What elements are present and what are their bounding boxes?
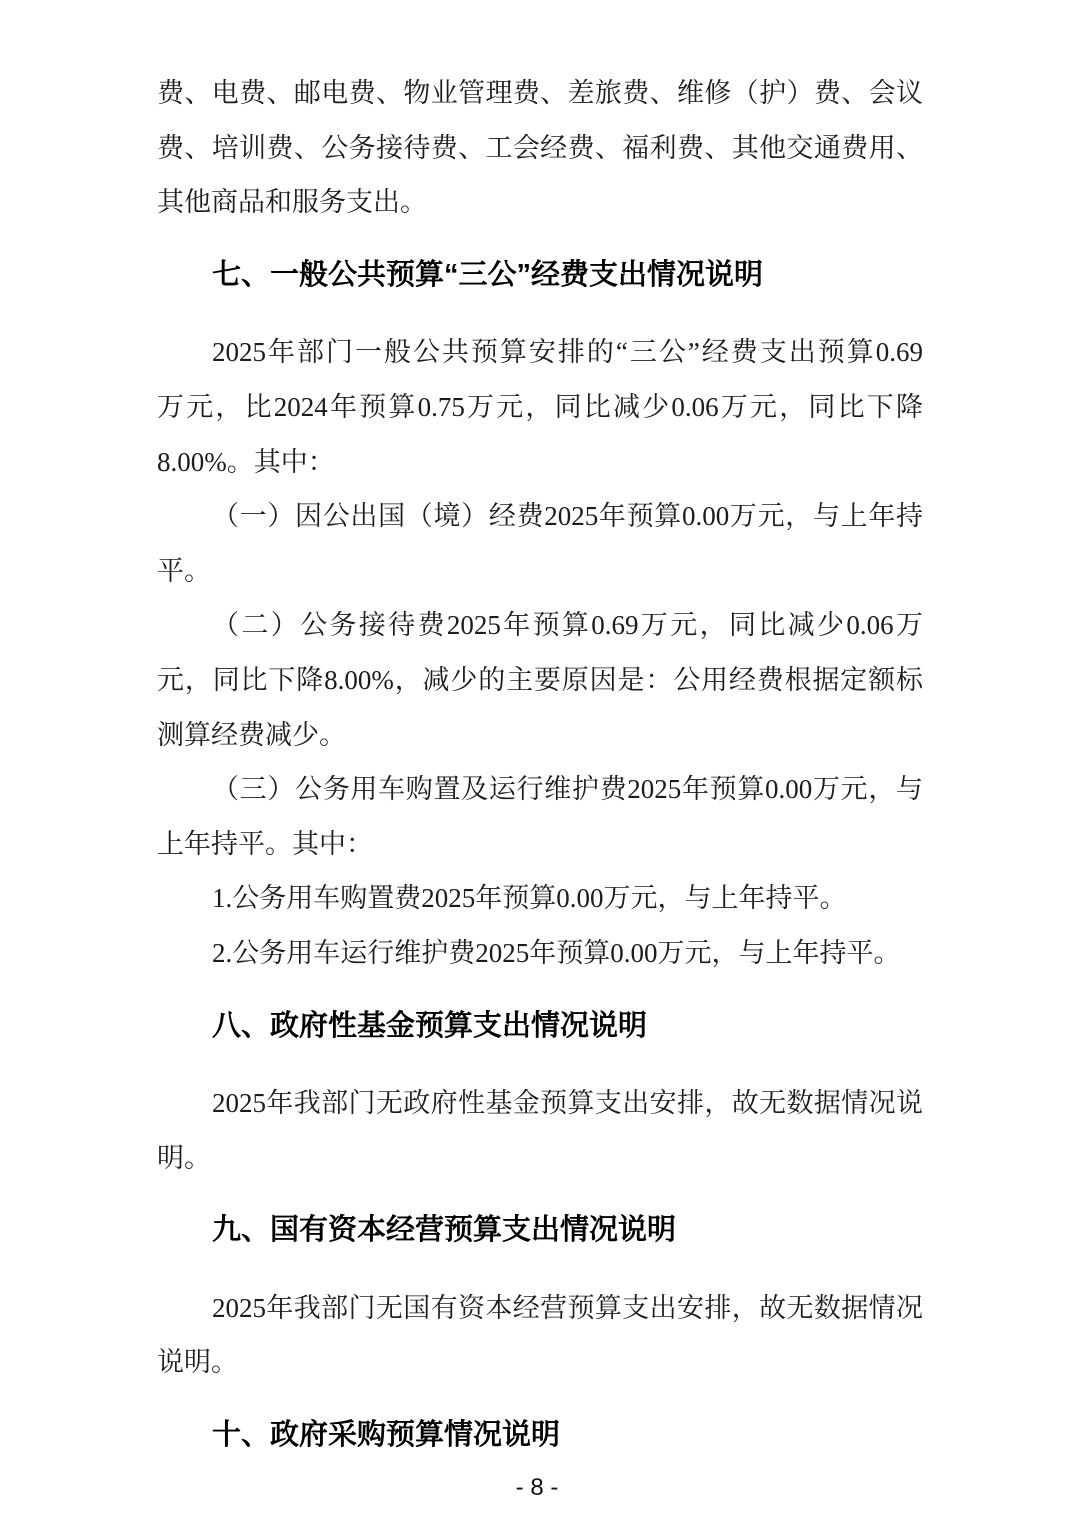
- paragraph-line: 费、电费、邮电费、物业管理费、差旅费、维修（护）费、会议: [157, 66, 923, 121]
- paragraph-line: 2025年部门一般公共预算安排的“三公”经费支出预算0.69: [157, 325, 923, 380]
- paragraph-line: 万元，比2024年预算0.75万元，同比减少0.06万元，同比下降: [157, 380, 923, 435]
- paragraph-line: 测算经费减少。: [157, 708, 923, 763]
- paragraph-line: 2025年我部门无国有资本经营预算支出安排，故无数据情况: [157, 1281, 923, 1336]
- page-number: - 8 -: [0, 1472, 1074, 1504]
- paragraph-line: 1.公务用车购置费2025年预算0.00万元，与上年持平。: [157, 871, 923, 926]
- section-10-heading: 十、政府采购预算情况说明: [157, 1408, 923, 1463]
- paragraph-line: 8.00%。其中：: [157, 435, 923, 490]
- paragraph-line: 费、培训费、公务接待费、工会经费、福利费、其他交通费用、: [157, 121, 923, 176]
- section-7-heading: 七、一般公共预算“三公”经费支出情况说明: [157, 248, 923, 303]
- paragraph-line: （一）因公出国（境）经费2025年预算0.00万元，与上年持: [157, 489, 923, 544]
- paragraph-line: 明。: [157, 1131, 923, 1186]
- paragraph-line: （二）公务接待费2025年预算0.69万元，同比减少0.06万: [157, 598, 923, 653]
- paragraph-line: 平。: [157, 544, 923, 599]
- paragraph-line: 其他商品和服务支出。: [157, 175, 923, 230]
- section-8-heading: 八、政府性基金预算支出情况说明: [157, 999, 923, 1054]
- document-page: 费、电费、邮电费、物业管理费、差旅费、维修（护）费、会议 费、培训费、公务接待费…: [0, 0, 1074, 1520]
- paragraph-line: （三）公务用车购置及运行维护费2025年预算0.00万元，与: [157, 762, 923, 817]
- paragraph-line: 2025年我部门无政府性基金预算支出安排，故无数据情况说: [157, 1076, 923, 1131]
- paragraph-line: 元，同比下降8.00%，减少的主要原因是：公用经费根据定额标准: [157, 653, 923, 708]
- paragraph-line: 上年持平。其中：: [157, 817, 923, 872]
- document-content: 费、电费、邮电费、物业管理费、差旅费、维修（护）费、会议 费、培训费、公务接待费…: [157, 66, 923, 1486]
- section-9-heading: 九、国有资本经营预算支出情况说明: [157, 1203, 923, 1258]
- paragraph-line: 2.公务用车运行维护费2025年预算0.00万元，与上年持平。: [157, 926, 923, 981]
- paragraph-line: 说明。: [157, 1335, 923, 1390]
